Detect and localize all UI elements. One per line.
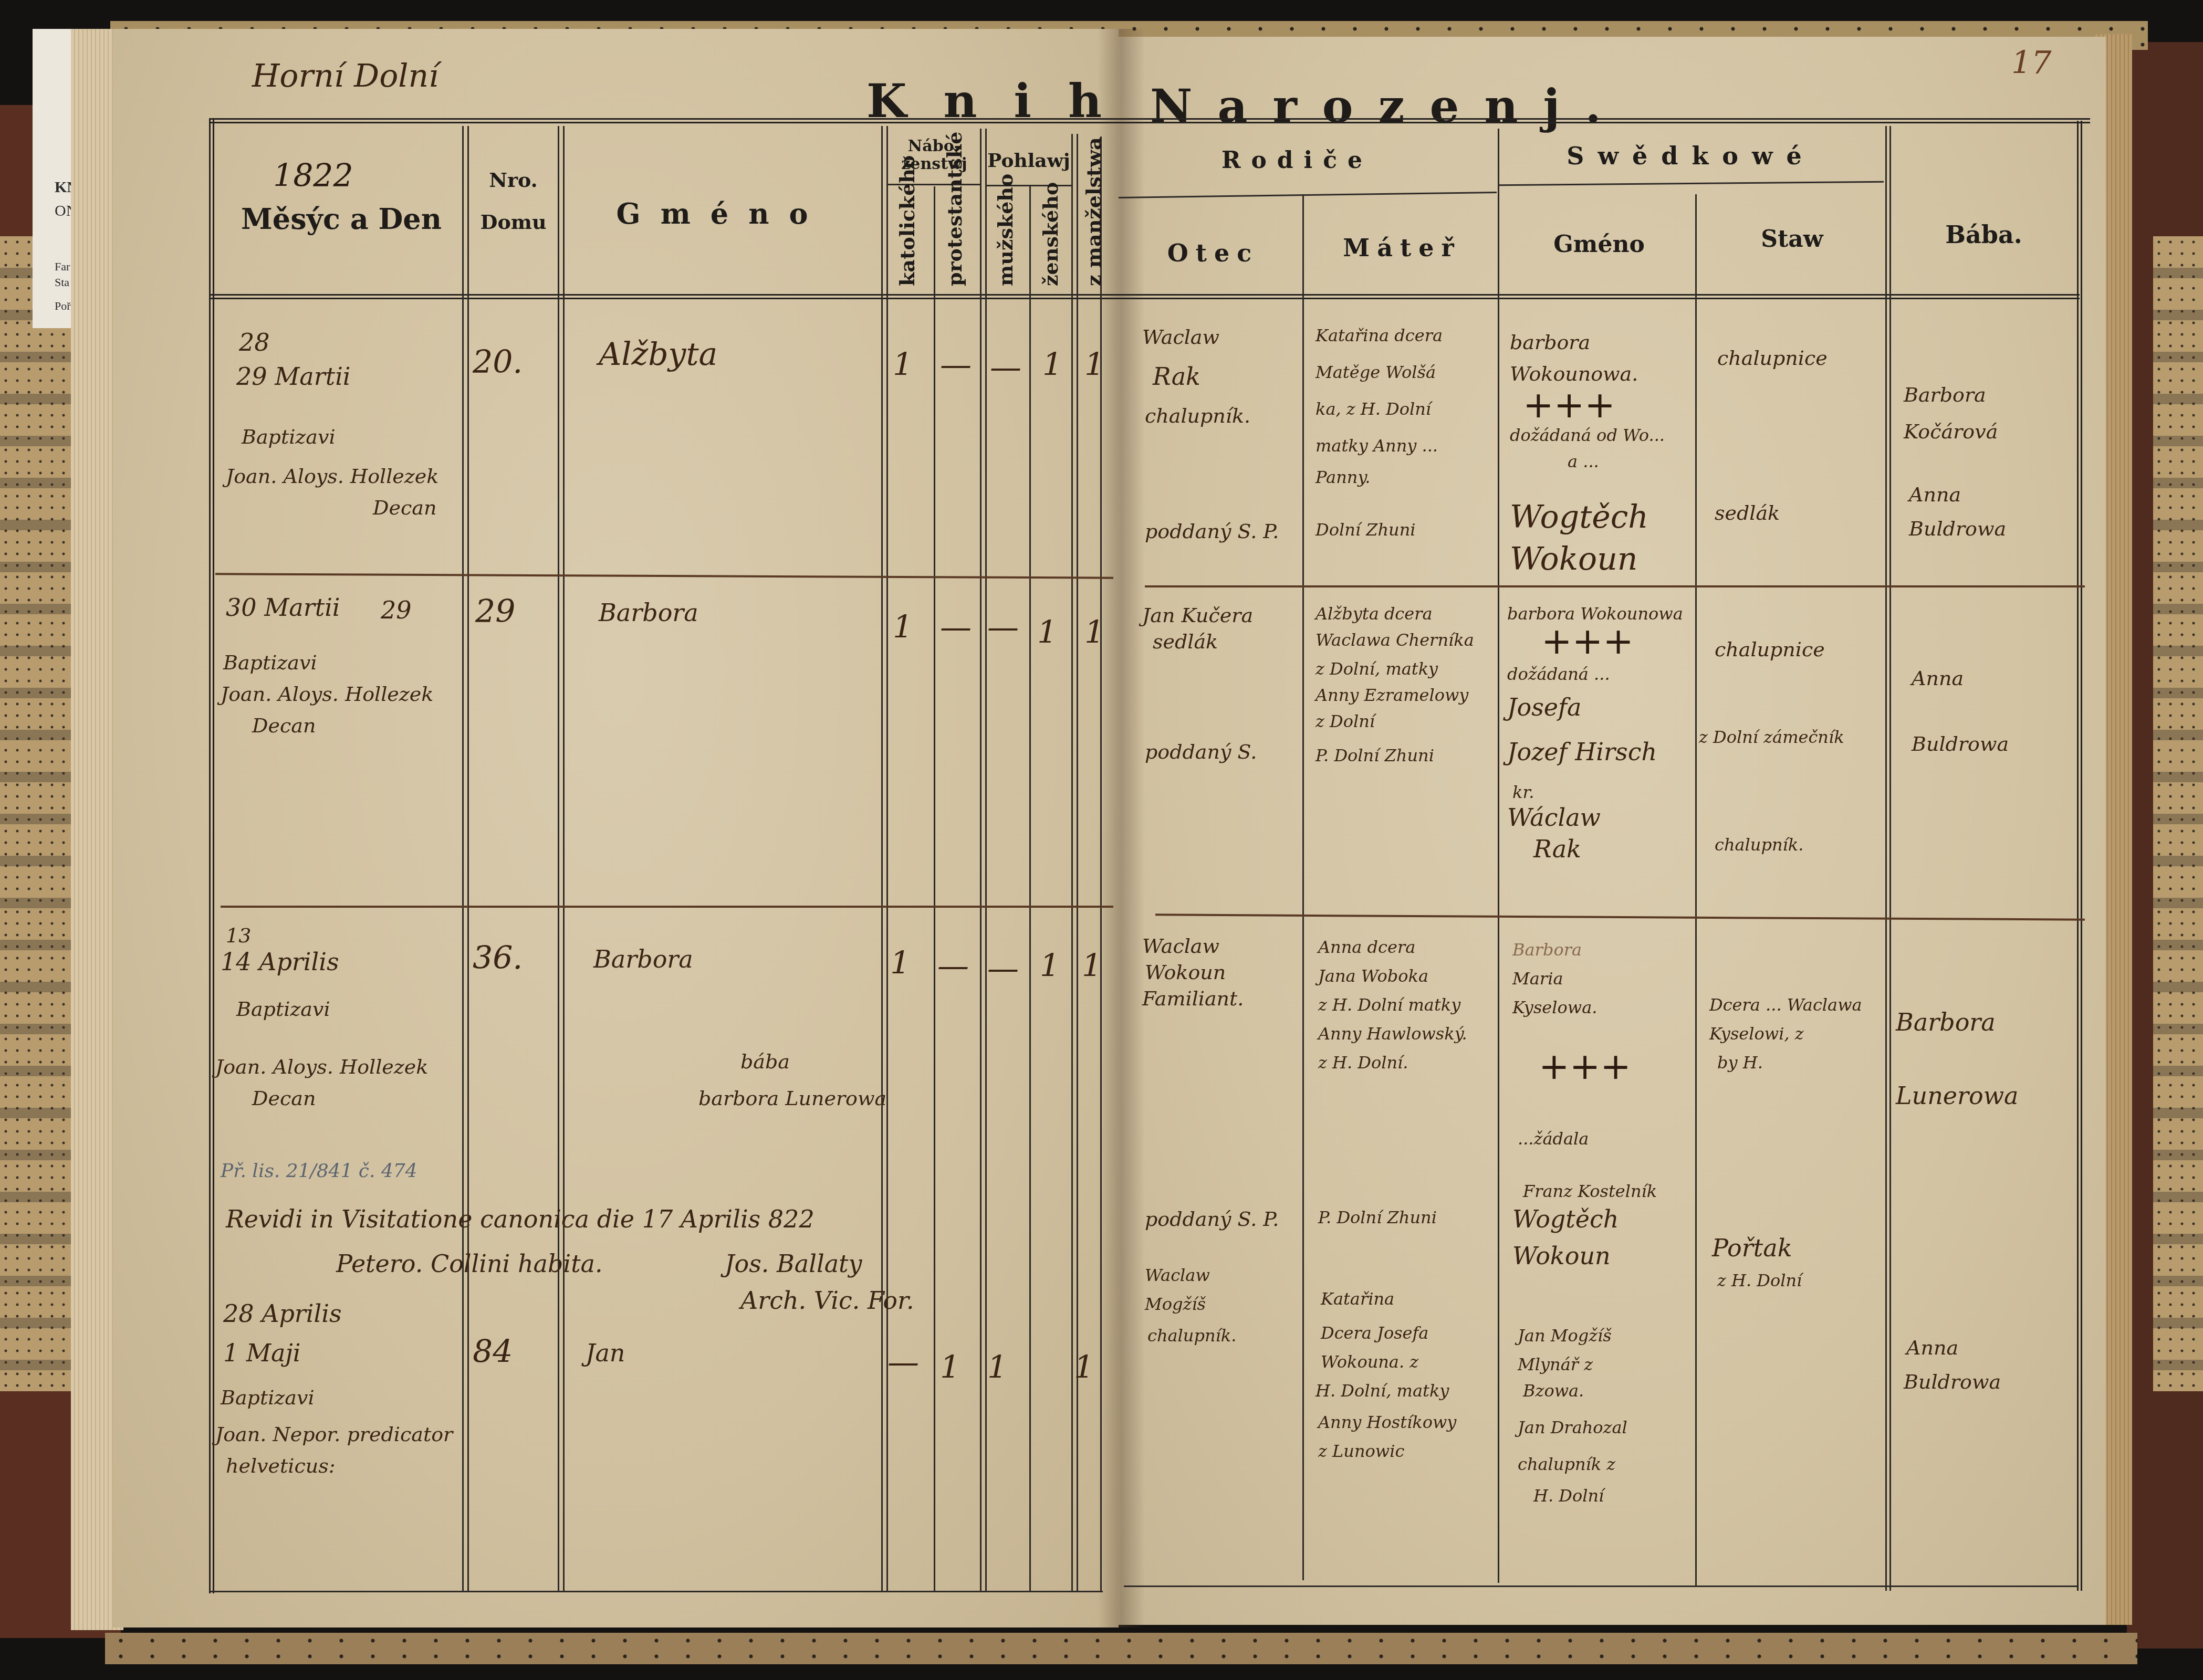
- locality-handwritten: Horní Dolní: [252, 58, 438, 94]
- entry-date-top: 30 Martii: [226, 593, 340, 622]
- witness-status-line: sedlák: [1715, 501, 1780, 524]
- table-bottom-rule: [1124, 1585, 2077, 1587]
- mother-line: P. Dolní Zhuni: [1315, 745, 1434, 765]
- witness-status-line: Dcera ... Waclawa: [1709, 995, 1862, 1015]
- mother-line: Anny Ezramelowy: [1315, 685, 1468, 705]
- witness-name-line: dožádaná od Wo...: [1510, 425, 1665, 445]
- table-bottom-rule: [210, 1591, 1103, 1592]
- witness-status-line: by H.: [1717, 1053, 1763, 1073]
- mother-line: Anny Hostíkowy: [1318, 1412, 1456, 1432]
- entry-protestant: —: [940, 346, 972, 383]
- witness-name-line: Wokounowa.: [1510, 362, 1638, 385]
- header-name-column: Gméno: [565, 197, 880, 230]
- witness-name-line: Wogtěch: [1512, 1205, 1619, 1233]
- row-divider: [221, 906, 1113, 908]
- witness-name-line: Bzowa.: [1523, 1381, 1584, 1401]
- header-sex-group: Pohlawj: [986, 150, 1071, 172]
- entry-catholic: 1: [893, 346, 913, 383]
- witness-name-line: Wáclaw: [1507, 803, 1601, 832]
- row-divider: [1145, 585, 2085, 587]
- entry-baptized-label: Baptizavi: [242, 425, 336, 448]
- father-line: chalupník.: [1147, 1326, 1236, 1346]
- entry-catholic: —: [888, 1344, 919, 1381]
- book-bottom-edge: [105, 1633, 2137, 1664]
- entry-female: 1: [1040, 948, 1060, 984]
- mother-line: Katařina: [1321, 1289, 1394, 1309]
- entry-baptizer-title: helveticus:: [226, 1454, 336, 1477]
- entry-legit: 1: [1074, 1349, 1094, 1386]
- label-line: Sta: [55, 276, 69, 289]
- header-house-bottom: Domu: [470, 210, 557, 234]
- mother-line: Anny Hawlowský.: [1318, 1024, 1467, 1044]
- label-line: Poř: [55, 299, 71, 313]
- witness-name-line: Rak: [1533, 835, 1581, 863]
- midwife-line: Barbora: [1896, 1008, 1996, 1036]
- mother-line: z Dolní, matky: [1315, 659, 1438, 679]
- entry-baptizer: Joan. Aloys. Hollezek: [221, 682, 433, 706]
- mother-line: Dcera Josefa: [1321, 1323, 1428, 1343]
- col-rule: [934, 186, 935, 1591]
- col-rule: [1889, 126, 1891, 1591]
- visitation-note-line2: Petero. Collini habita.: [336, 1249, 603, 1278]
- father-line: poddaný S. P.: [1145, 520, 1279, 543]
- mother-line: z H. Dolní.: [1318, 1053, 1408, 1073]
- entry-baptizer-title: Decan: [373, 496, 436, 519]
- marbled-endpaper-right: [2153, 236, 2203, 1391]
- witness-crosses-mark: +++: [1541, 619, 1634, 663]
- midwife-line: Anna: [1912, 667, 1964, 690]
- witness-name-line: Franz Kostelník: [1523, 1181, 1657, 1201]
- midwife-line: Buldrowa: [1904, 1370, 2001, 1393]
- father-line: sedlák: [1153, 630, 1218, 653]
- header-bottom-rule: [210, 294, 2080, 302]
- entry-date-bottom: 29: [381, 596, 412, 624]
- father-line: Wokoun: [1145, 961, 1226, 984]
- pencil-annotation: Př. lis. 21/841 č. 474: [221, 1160, 417, 1182]
- col-rule: [881, 126, 883, 1591]
- entry-house-no: 20.: [473, 344, 523, 381]
- witness-name-line: Wogtěch: [1510, 499, 1648, 535]
- witness-name-line: Wokoun: [1510, 541, 1638, 577]
- mother-line: P. Dolní Zhuni: [1318, 1207, 1437, 1227]
- witness-name-line: Jan Drahozal: [1518, 1417, 1627, 1437]
- father-line: Waclaw: [1142, 325, 1219, 349]
- header-catholic: katolického: [895, 202, 919, 286]
- entry-date-bottom: 14 Aprilis: [221, 948, 339, 976]
- entry-male: 1: [987, 1349, 1007, 1386]
- header-witnesses-group: Swědkowé: [1502, 142, 1880, 170]
- visitation-title: Arch. Vic. For.: [740, 1286, 914, 1315]
- witness-name-line: kr.: [1512, 782, 1534, 802]
- entry-male: —: [987, 950, 1019, 987]
- witness-crosses-mark: +++: [1523, 383, 1615, 426]
- midwife-line: Lunerowa: [1896, 1081, 2019, 1110]
- entry-name-note: barbora Lunerowa: [698, 1087, 886, 1110]
- witness-name-line: Wokoun: [1512, 1242, 1611, 1270]
- header-midwife: Bába.: [1891, 220, 2077, 249]
- entry-baptizer: Joan. Aloys. Hollezek: [215, 1055, 428, 1078]
- witness-name-line: Maria: [1512, 969, 1563, 989]
- witness-status-line: Pořtak: [1712, 1234, 1792, 1262]
- entry-baptized-label: Baptizavi: [221, 1386, 315, 1409]
- header-parents-group: Rodiče: [1145, 147, 1449, 174]
- entry-child-name: Barbora: [593, 945, 693, 973]
- entry-child-name: Jan: [586, 1339, 625, 1367]
- col-rule: [462, 126, 464, 1591]
- mother-line: Katařina dcera: [1315, 325, 1443, 345]
- mother-line: Jana Woboka: [1318, 966, 1428, 986]
- entry-protestant: 1: [940, 1349, 960, 1386]
- entry-date-top: 13: [226, 924, 251, 947]
- year-handwritten: 1822: [273, 157, 353, 194]
- entry-baptizer: Joan. Nepor. predicator: [215, 1423, 453, 1446]
- entry-catholic: 1: [890, 945, 910, 982]
- witness-name-line: ...žádala: [1518, 1129, 1589, 1149]
- witness-status-line: z H. Dolní: [1717, 1270, 1802, 1290]
- header-date-column: Měsýc a Den: [221, 202, 462, 236]
- table-left-rule: [209, 118, 216, 1593]
- witness-name-line: Jozef Hirsch: [1507, 738, 1657, 766]
- midwife-line: Buldrowa: [1909, 517, 2006, 540]
- entry-legit: 1: [1082, 948, 1102, 984]
- mother-line: Wokouna. z: [1321, 1352, 1418, 1372]
- witness-name-line: chalupník z: [1518, 1454, 1615, 1474]
- header-house-top: Nro.: [470, 168, 557, 192]
- entry-protestant: —: [940, 609, 972, 646]
- table-top-rule: [210, 118, 2090, 127]
- entry-baptizer-title: Decan: [252, 714, 316, 737]
- entry-date-top: 28 Aprilis: [223, 1299, 342, 1328]
- entry-baptized-label: Baptizavi: [236, 997, 330, 1021]
- mother-line: Anna dcera: [1318, 937, 1415, 957]
- mother-line: H. Dolní, matky: [1315, 1381, 1449, 1401]
- entry-baptizer: Joan. Aloys. Hollezek: [226, 465, 438, 488]
- entry-legit: 1: [1084, 346, 1104, 383]
- entry-date-top: 28: [239, 328, 270, 356]
- table-right-rule: [2077, 121, 2084, 1591]
- midwife-line: Anna: [1909, 483, 1961, 506]
- col-rule: [1695, 194, 1697, 1585]
- entry-date-bottom: 29 Martii: [236, 362, 351, 391]
- father-line: Jan Kučera: [1142, 604, 1253, 627]
- witness-status-line: Kyselowi, z: [1709, 1024, 1804, 1044]
- father-line: poddaný S. P.: [1145, 1207, 1279, 1231]
- entry-name-note: bába: [740, 1050, 790, 1073]
- mother-line: Matěge Wolšá: [1315, 362, 1436, 382]
- label-line: Far: [55, 260, 70, 274]
- witness-name-line: H. Dolní: [1533, 1486, 1604, 1506]
- witness-status-line: chalupník.: [1715, 835, 1803, 855]
- header-witness-status: Staw: [1699, 226, 1885, 253]
- father-line: Waclaw: [1145, 1265, 1210, 1285]
- entry-female: 1: [1042, 346, 1062, 383]
- midwife-line: Barbora: [1904, 383, 1986, 406]
- entry-house-no: 84: [473, 1333, 513, 1370]
- visitation-note-line1: Revidi in Visitatione canonica die 17 Ap…: [226, 1205, 815, 1233]
- header-male: mužského: [994, 210, 1017, 286]
- midwife-line: Buldrowa: [1912, 732, 2009, 755]
- col-rule: [985, 129, 987, 1591]
- col-rule: [1885, 126, 1887, 1591]
- witness-name-line: Kyselowa.: [1512, 997, 1597, 1017]
- witness-status-line: chalupnice: [1715, 638, 1825, 661]
- witness-name-line: barbora: [1510, 331, 1590, 354]
- mother-line: Panny.: [1315, 467, 1370, 487]
- col-rule: [467, 126, 469, 1591]
- entry-female: 1: [1037, 614, 1057, 651]
- col-rule: [1302, 194, 1304, 1580]
- witness-name-line: Jan Mogžíš: [1518, 1326, 1612, 1346]
- entry-protestant: —: [937, 948, 969, 984]
- mother-line: Waclawa Cherníka: [1315, 630, 1474, 650]
- header-mother: Máteř: [1308, 234, 1497, 262]
- header-witness-name: Gméno: [1502, 231, 1696, 258]
- mother-line: z H. Dolní matky: [1318, 995, 1460, 1015]
- col-rule: [1498, 129, 1499, 1583]
- father-line: Familiant.: [1142, 987, 1244, 1010]
- col-rule: [1071, 134, 1073, 1591]
- father-line: Rak: [1153, 362, 1200, 391]
- entry-baptizer-title: Decan: [252, 1087, 316, 1110]
- col-rule: [1029, 186, 1031, 1591]
- witness-status-line: chalupnice: [1717, 346, 1828, 370]
- entry-catholic: 1: [893, 609, 913, 646]
- midwife-line: Kočárová: [1904, 420, 1998, 443]
- witness-name-line: Josefa: [1507, 693, 1581, 721]
- witness-name-line: a ...: [1568, 451, 1599, 471]
- mother-line: Dolní Zhuni: [1315, 520, 1415, 540]
- witness-status-line: z Dolní zámečník: [1699, 727, 1844, 747]
- mother-line: matky Anny ...: [1315, 436, 1438, 456]
- entry-house-no: 36.: [473, 940, 523, 976]
- witness-crosses-mark: +++: [1539, 1045, 1631, 1088]
- father-line: poddaný S.: [1145, 740, 1257, 763]
- entry-baptized-label: Baptizavi: [223, 651, 317, 674]
- col-rule: [563, 126, 565, 1591]
- visitation-signature: Jos. Ballaty: [725, 1249, 862, 1278]
- entry-male: —: [990, 349, 1021, 386]
- entry-child-name: Barbora: [599, 598, 698, 627]
- page-number: 17: [2011, 45, 2051, 81]
- witness-name-line: Barbora: [1512, 940, 1582, 960]
- col-rule: [980, 129, 982, 1591]
- witness-name-line: Mlynář z: [1518, 1354, 1593, 1374]
- mother-line: z Dolní: [1315, 711, 1375, 731]
- midwife-line: Anna: [1906, 1336, 1958, 1359]
- mother-line: z Lunowic: [1318, 1441, 1404, 1461]
- entry-house-no: 29: [475, 593, 515, 630]
- header-protestant: protestantské: [943, 194, 966, 286]
- entry-male: —: [987, 609, 1019, 646]
- entry-date-bottom: 1 Maji: [223, 1339, 300, 1367]
- father-line: Mogžíš: [1145, 1294, 1206, 1314]
- mother-line: ka, z H. Dolní: [1315, 399, 1431, 419]
- header-legitimacy: z manželstwa: [1082, 186, 1105, 286]
- entry-legit: 1: [1084, 614, 1104, 651]
- mother-line: Alžbyta dcera: [1315, 604, 1433, 624]
- entry-child-name: Alžbyta: [599, 336, 717, 373]
- father-line: Waclaw: [1142, 934, 1219, 958]
- witness-name-line: dožádaná ...: [1507, 664, 1610, 684]
- father-line: chalupník.: [1145, 404, 1250, 427]
- header-father: Otec: [1124, 239, 1302, 267]
- header-female: ženského: [1039, 220, 1062, 286]
- col-rule: [558, 126, 559, 1591]
